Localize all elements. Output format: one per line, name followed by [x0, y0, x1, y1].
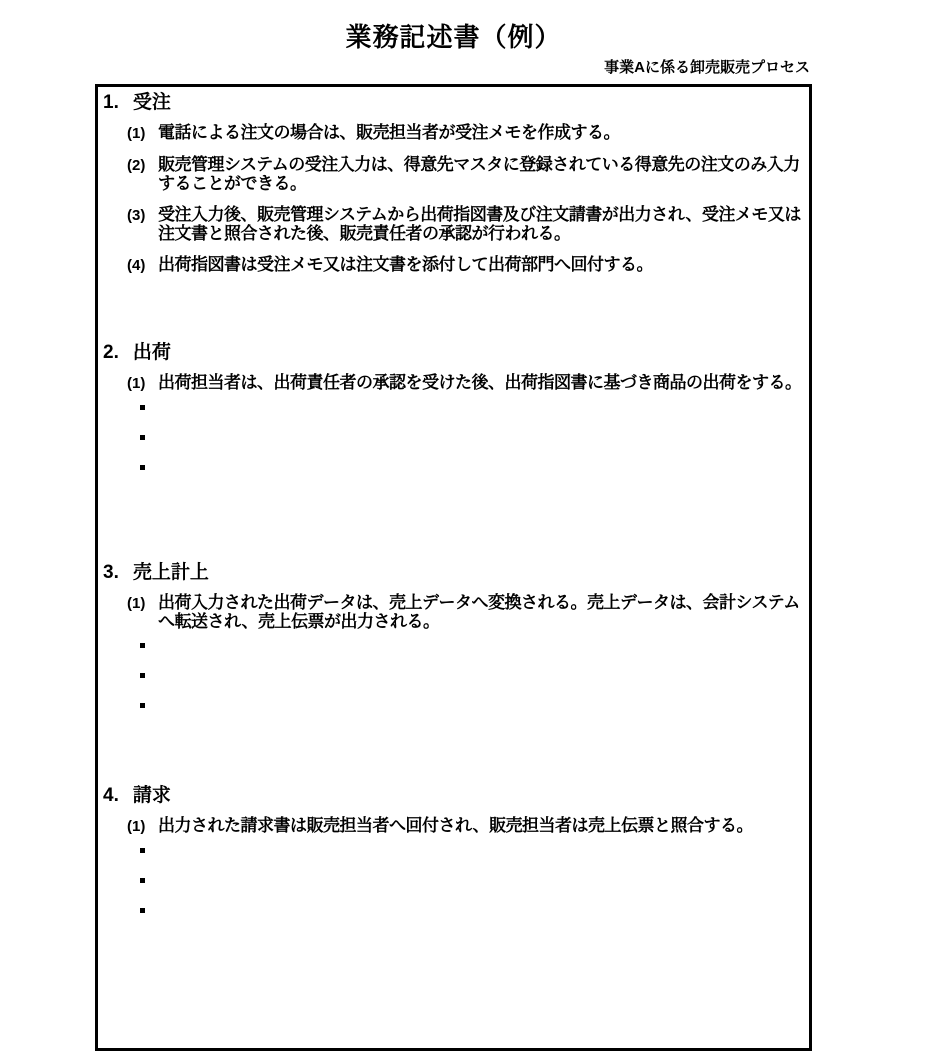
item-text: 出力された請求書は販売担当者へ回付され、販売担当者は売上伝票と照合する。 — [158, 816, 809, 835]
placeholder-dot — [140, 405, 809, 427]
item-number: (2) — [127, 155, 158, 175]
placeholder-dot — [140, 673, 809, 695]
section-heading: 3.売上計上 — [103, 561, 809, 585]
placeholder-dot — [140, 908, 809, 930]
item-text: 受注入力後、販売管理システムから出荷指図書及び注文請書が出力され、受注メモ又は注… — [158, 205, 809, 243]
placeholder-dots — [140, 405, 809, 487]
item-number: (1) — [127, 123, 158, 143]
item-number: (1) — [127, 373, 158, 393]
page-title: 業務記述書（例） — [95, 20, 812, 54]
placeholder-dots — [140, 643, 809, 725]
placeholder-dot — [140, 465, 809, 487]
item-number: (3) — [127, 205, 158, 225]
bullet-square-icon — [140, 435, 145, 440]
section-number: 1. — [103, 91, 119, 115]
section-title: 受注 — [133, 92, 171, 113]
section-sales-recording: 3.売上計上 (1) 出荷入力された出荷データは、売上データへ変換される。売上デ… — [103, 561, 809, 784]
placeholder-dots — [140, 848, 809, 930]
section-heading: 2.出荷 — [103, 341, 809, 365]
section-number: 2. — [103, 341, 119, 365]
document-subtitle: 事業Aに係る卸売販売プロセス — [95, 59, 812, 77]
list-item: (1) 電話による注文の場合は、販売担当者が受注メモを作成する。 — [127, 123, 809, 143]
list-item: (1) 出荷担当者は、出荷責任者の承認を受けた後、出荷指図書に基づき商品の出荷を… — [127, 373, 809, 393]
list-item: (3) 受注入力後、販売管理システムから出荷指図書及び注文請書が出力され、受注メ… — [127, 205, 809, 243]
section-order-receipt: 1.受注 (1) 電話による注文の場合は、販売担当者が受注メモを作成する。 (2… — [103, 91, 809, 341]
list-item: (1) 出荷入力された出荷データは、売上データへ変換される。売上データは、会計シ… — [127, 593, 809, 631]
placeholder-dot — [140, 435, 809, 457]
list-item: (1) 出力された請求書は販売担当者へ回付され、販売担当者は売上伝票と照合する。 — [127, 816, 809, 836]
item-text: 出荷入力された出荷データは、売上データへ変換される。売上データは、会計システムへ… — [158, 593, 809, 631]
section-heading: 4.請求 — [103, 784, 809, 808]
section-billing: 4.請求 (1) 出力された請求書は販売担当者へ回付され、販売担当者は売上伝票と… — [103, 784, 809, 930]
item-text: 販売管理システムの受注入力は、得意先マスタに登録されている得意先の注文のみ入力す… — [158, 155, 809, 193]
section-heading: 1.受注 — [103, 91, 809, 115]
placeholder-dot — [140, 878, 809, 900]
section-number: 4. — [103, 784, 119, 808]
section-title: 売上計上 — [133, 562, 209, 583]
document-box: 1.受注 (1) 電話による注文の場合は、販売担当者が受注メモを作成する。 (2… — [95, 84, 812, 1051]
placeholder-dot — [140, 848, 809, 870]
section-shipping: 2.出荷 (1) 出荷担当者は、出荷責任者の承認を受けた後、出荷指図書に基づき商… — [103, 341, 809, 561]
bullet-square-icon — [140, 878, 145, 883]
item-text: 電話による注文の場合は、販売担当者が受注メモを作成する。 — [158, 123, 809, 142]
bullet-square-icon — [140, 848, 145, 853]
list-item: (2) 販売管理システムの受注入力は、得意先マスタに登録されている得意先の注文の… — [127, 155, 809, 193]
bullet-square-icon — [140, 643, 145, 648]
item-number: (4) — [127, 255, 158, 275]
bullet-square-icon — [140, 908, 145, 913]
placeholder-dot — [140, 703, 809, 725]
list-item: (4) 出荷指図書は受注メモ又は注文書を添付して出荷部門へ回付する。 — [127, 255, 809, 275]
bullet-square-icon — [140, 465, 145, 470]
bullet-square-icon — [140, 405, 145, 410]
bullet-square-icon — [140, 703, 145, 708]
section-number: 3. — [103, 561, 119, 585]
bullet-square-icon — [140, 673, 145, 678]
item-text: 出荷担当者は、出荷責任者の承認を受けた後、出荷指図書に基づき商品の出荷をする。 — [158, 373, 809, 392]
document-page: 業務記述書（例） 事業Aに係る卸売販売プロセス 1.受注 (1) 電話による注文… — [95, 0, 812, 1051]
item-number: (1) — [127, 593, 158, 613]
section-title: 請求 — [133, 785, 171, 806]
item-text: 出荷指図書は受注メモ又は注文書を添付して出荷部門へ回付する。 — [158, 255, 809, 274]
placeholder-dot — [140, 643, 809, 665]
item-number: (1) — [127, 816, 158, 836]
section-title: 出荷 — [133, 342, 171, 363]
